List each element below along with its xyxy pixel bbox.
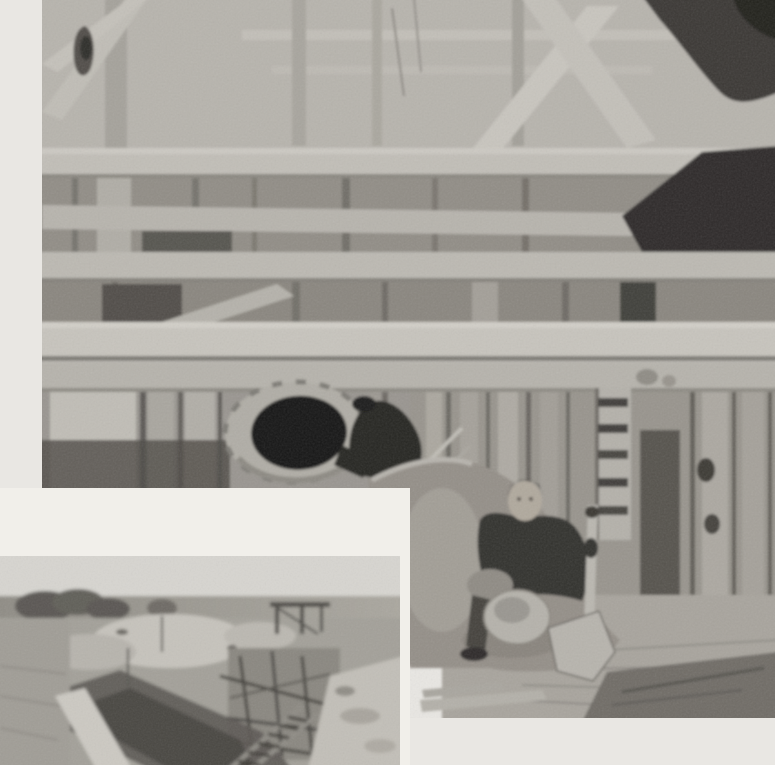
photo-page: [0, 0, 775, 765]
film-grain-overlay: [0, 556, 400, 765]
inset-photo-excavation: [0, 488, 410, 765]
